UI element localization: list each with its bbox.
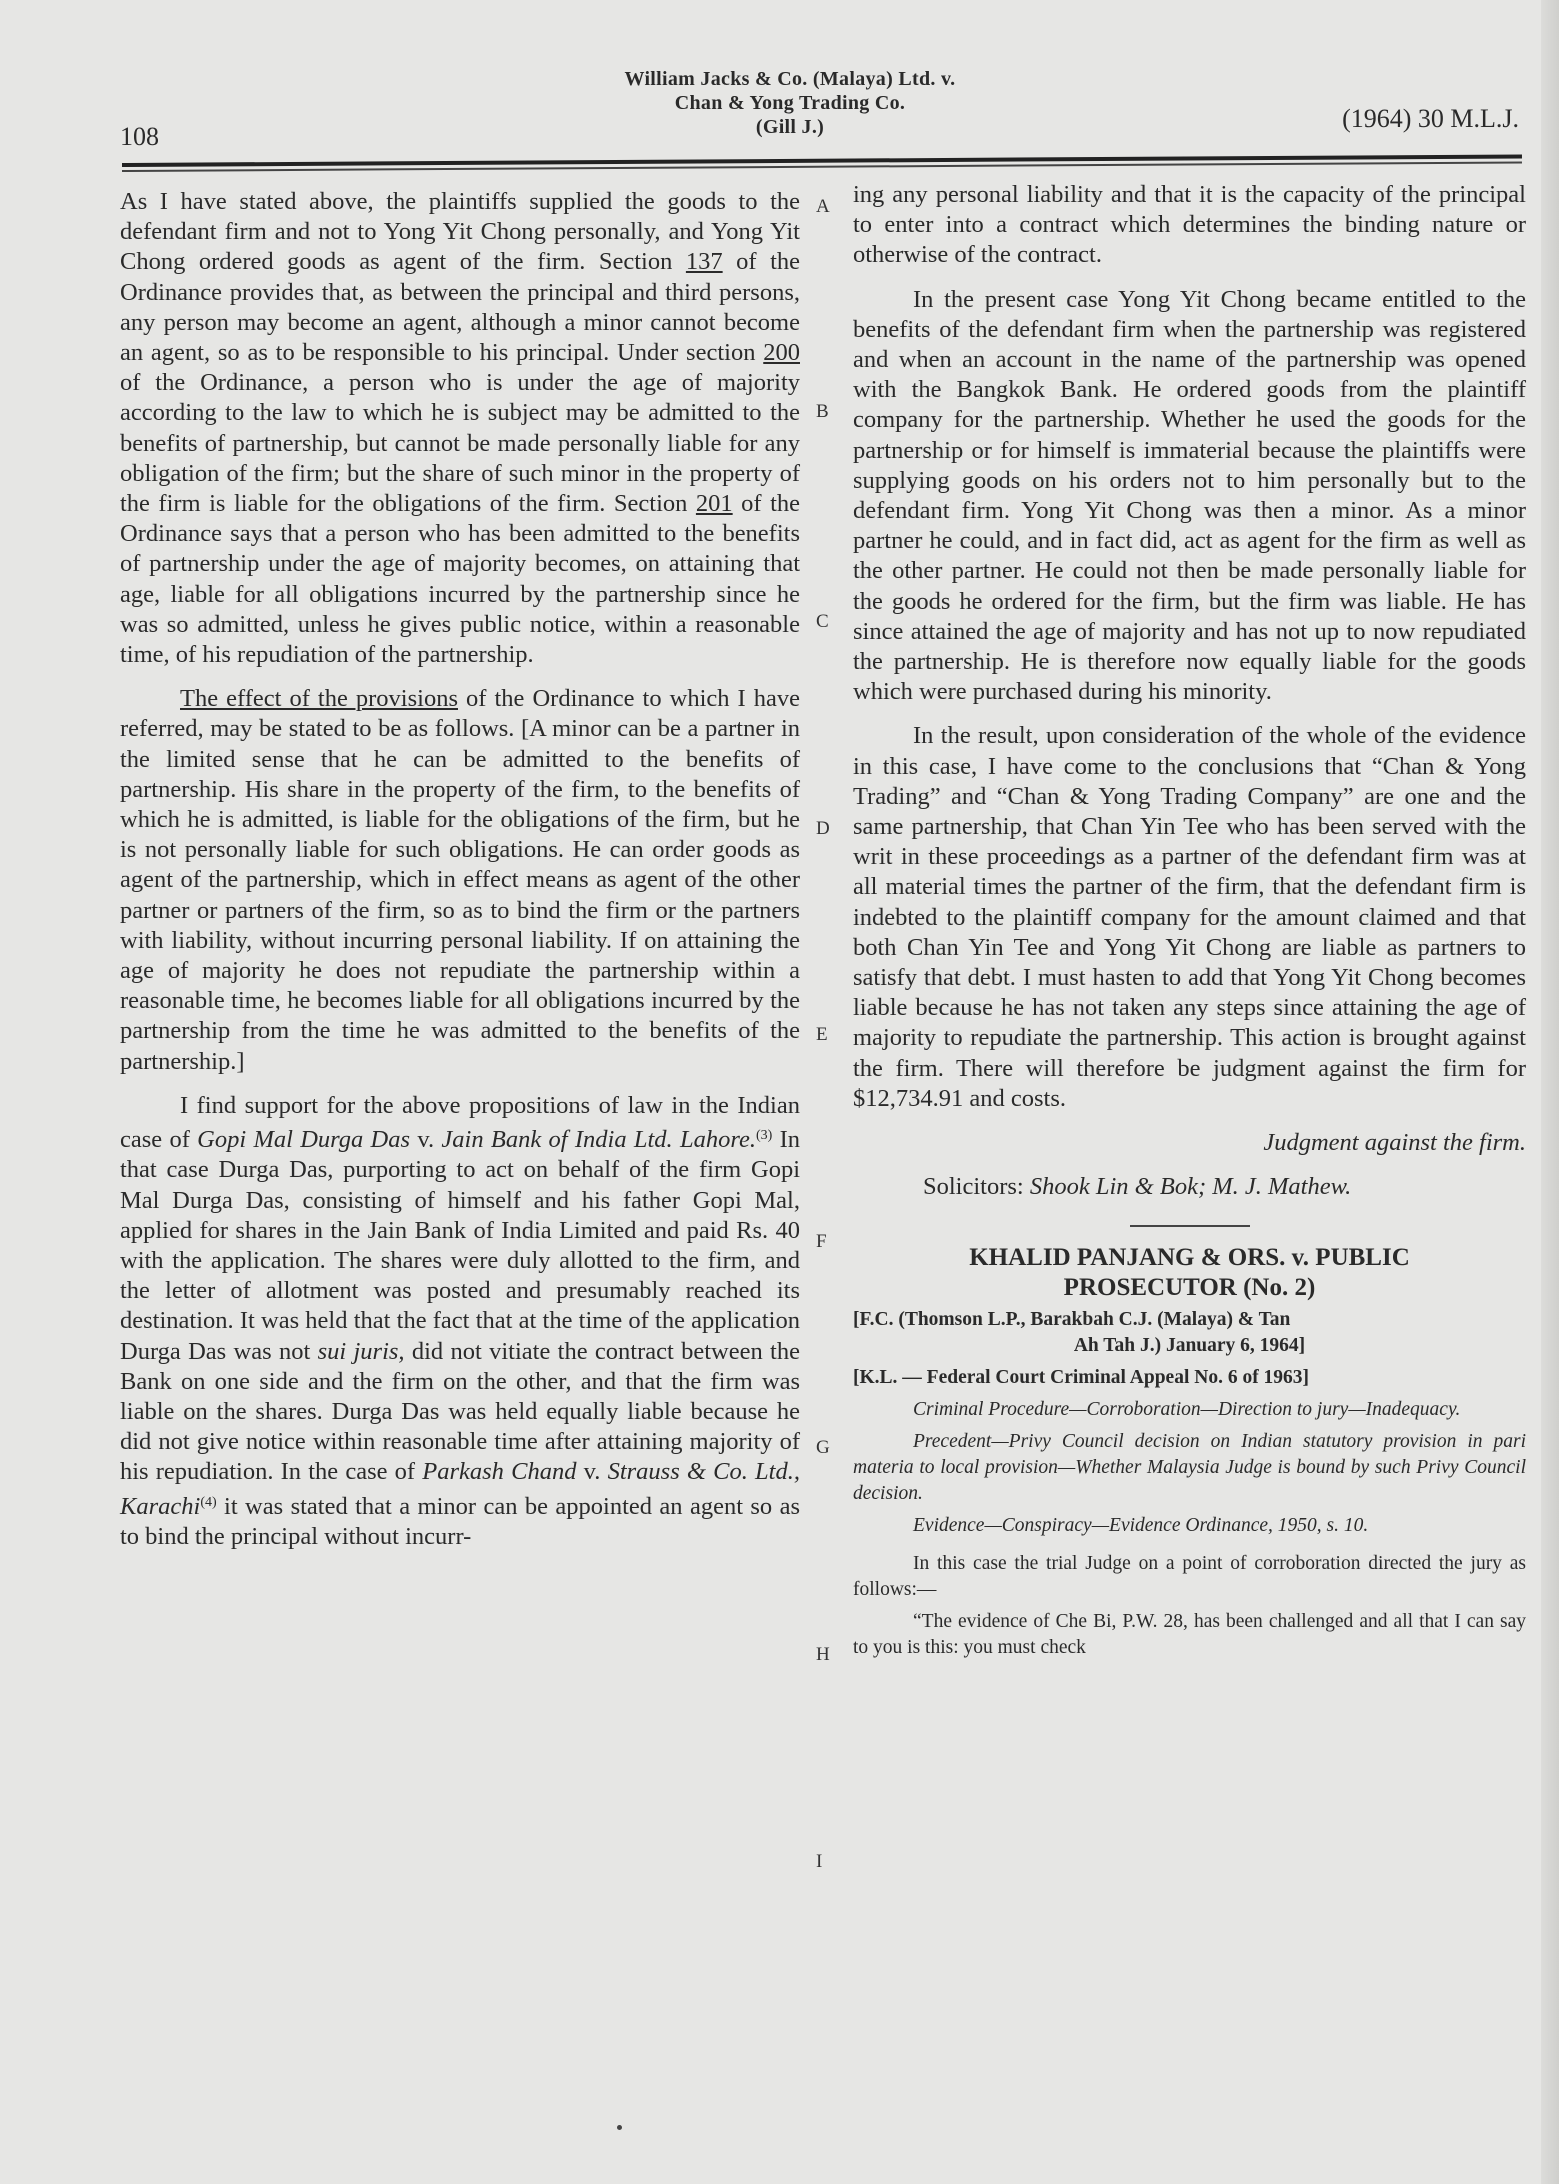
paragraph: “The evidence of Che Bi, P.W. 28, has be… xyxy=(853,1609,1526,1661)
catchword: Criminal Procedure—Corroboration—Directi… xyxy=(853,1397,1526,1423)
journal-citation: (1964) 30 M.L.J. xyxy=(1342,104,1519,134)
running-title-line: William Jacks & Co. (Malaya) Ltd. v. xyxy=(520,67,1060,91)
case-separator xyxy=(1130,1225,1250,1227)
section-ref: 200 xyxy=(763,339,800,366)
margin-letter-e: E xyxy=(816,1024,828,1046)
margin-letter-d: D xyxy=(816,818,830,840)
section-ref: 201 xyxy=(696,490,733,517)
page-edge xyxy=(1541,0,1559,2184)
next-case-title: KHALID PANJANG & ORS. v. PUBLIC PROSECUT… xyxy=(853,1243,1526,1303)
paragraph: In this case the trial Judge on a point … xyxy=(853,1551,1526,1603)
margin-letter-f: F xyxy=(816,1231,827,1253)
solicitors-names: Shook Lin & Bok; M. J. Mathew. xyxy=(1030,1173,1351,1200)
running-title-line: (Gill J.) xyxy=(520,115,1060,139)
solicitors-label: Solicitors: xyxy=(923,1173,1030,1200)
margin-letter-g: G xyxy=(816,1437,830,1459)
paragraph: I find support for the above proposition… xyxy=(120,1091,800,1552)
court-info: [F.C. (Thomson L.P., Barakbah C.J. (Mala… xyxy=(853,1307,1526,1391)
case-name: Jain Bank of India Ltd. Lahore. xyxy=(441,1126,756,1153)
running-title: William Jacks & Co. (Malaya) Ltd. v. Cha… xyxy=(520,67,1060,139)
solicitors-line: Solicitors: Shook Lin & Bok; M. J. Mathe… xyxy=(853,1172,1526,1202)
page-mark xyxy=(617,2125,622,2130)
catchword: Precedent—Privy Council decision on Indi… xyxy=(853,1429,1526,1507)
margin-letter-i: I xyxy=(816,1851,822,1873)
footnote-ref: (3) xyxy=(756,1128,772,1143)
case-name: Parkash Chand xyxy=(422,1458,576,1485)
paragraph: The effect of the provisions of the Ordi… xyxy=(120,684,800,1077)
latin-term: sui juris, xyxy=(318,1338,405,1365)
paragraph: In the result, upon consideration of the… xyxy=(853,721,1526,1114)
paragraph: ing any personal liability and that it i… xyxy=(853,180,1526,271)
case-name: Gopi Mal Durga Das xyxy=(197,1126,410,1153)
section-ref: 137 xyxy=(686,248,723,275)
margin-letter-h: H xyxy=(816,1644,830,1666)
catchwords: Criminal Procedure—Corroboration—Directi… xyxy=(853,1397,1526,1661)
footnote-ref: (4) xyxy=(200,1495,216,1510)
right-column: ing any personal liability and that it i… xyxy=(853,180,1526,1661)
page-number: 108 xyxy=(120,122,159,152)
margin-letter-a: A xyxy=(816,196,830,218)
judgment-line: Judgment against the firm. xyxy=(853,1128,1526,1158)
left-column: As I have stated above, the plaintiffs s… xyxy=(120,187,800,1552)
paragraph: In the present case Yong Yit Chong becam… xyxy=(853,285,1526,708)
catchword: Evidence—Conspiracy—Evidence Ordinance, … xyxy=(853,1513,1526,1539)
running-title-line: Chan & Yong Trading Co. xyxy=(520,91,1060,115)
paragraph: As I have stated above, the plaintiffs s… xyxy=(120,187,800,670)
appeal-number: [K.L. — Federal Court Criminal Appeal No… xyxy=(853,1365,1526,1391)
margin-letter-c: C xyxy=(816,611,829,633)
page-header: 108 William Jacks & Co. (Malaya) Ltd. v.… xyxy=(0,0,1559,175)
margin-letter-b: B xyxy=(816,401,829,423)
underlined-phrase: The effect of the provisions xyxy=(180,685,458,712)
